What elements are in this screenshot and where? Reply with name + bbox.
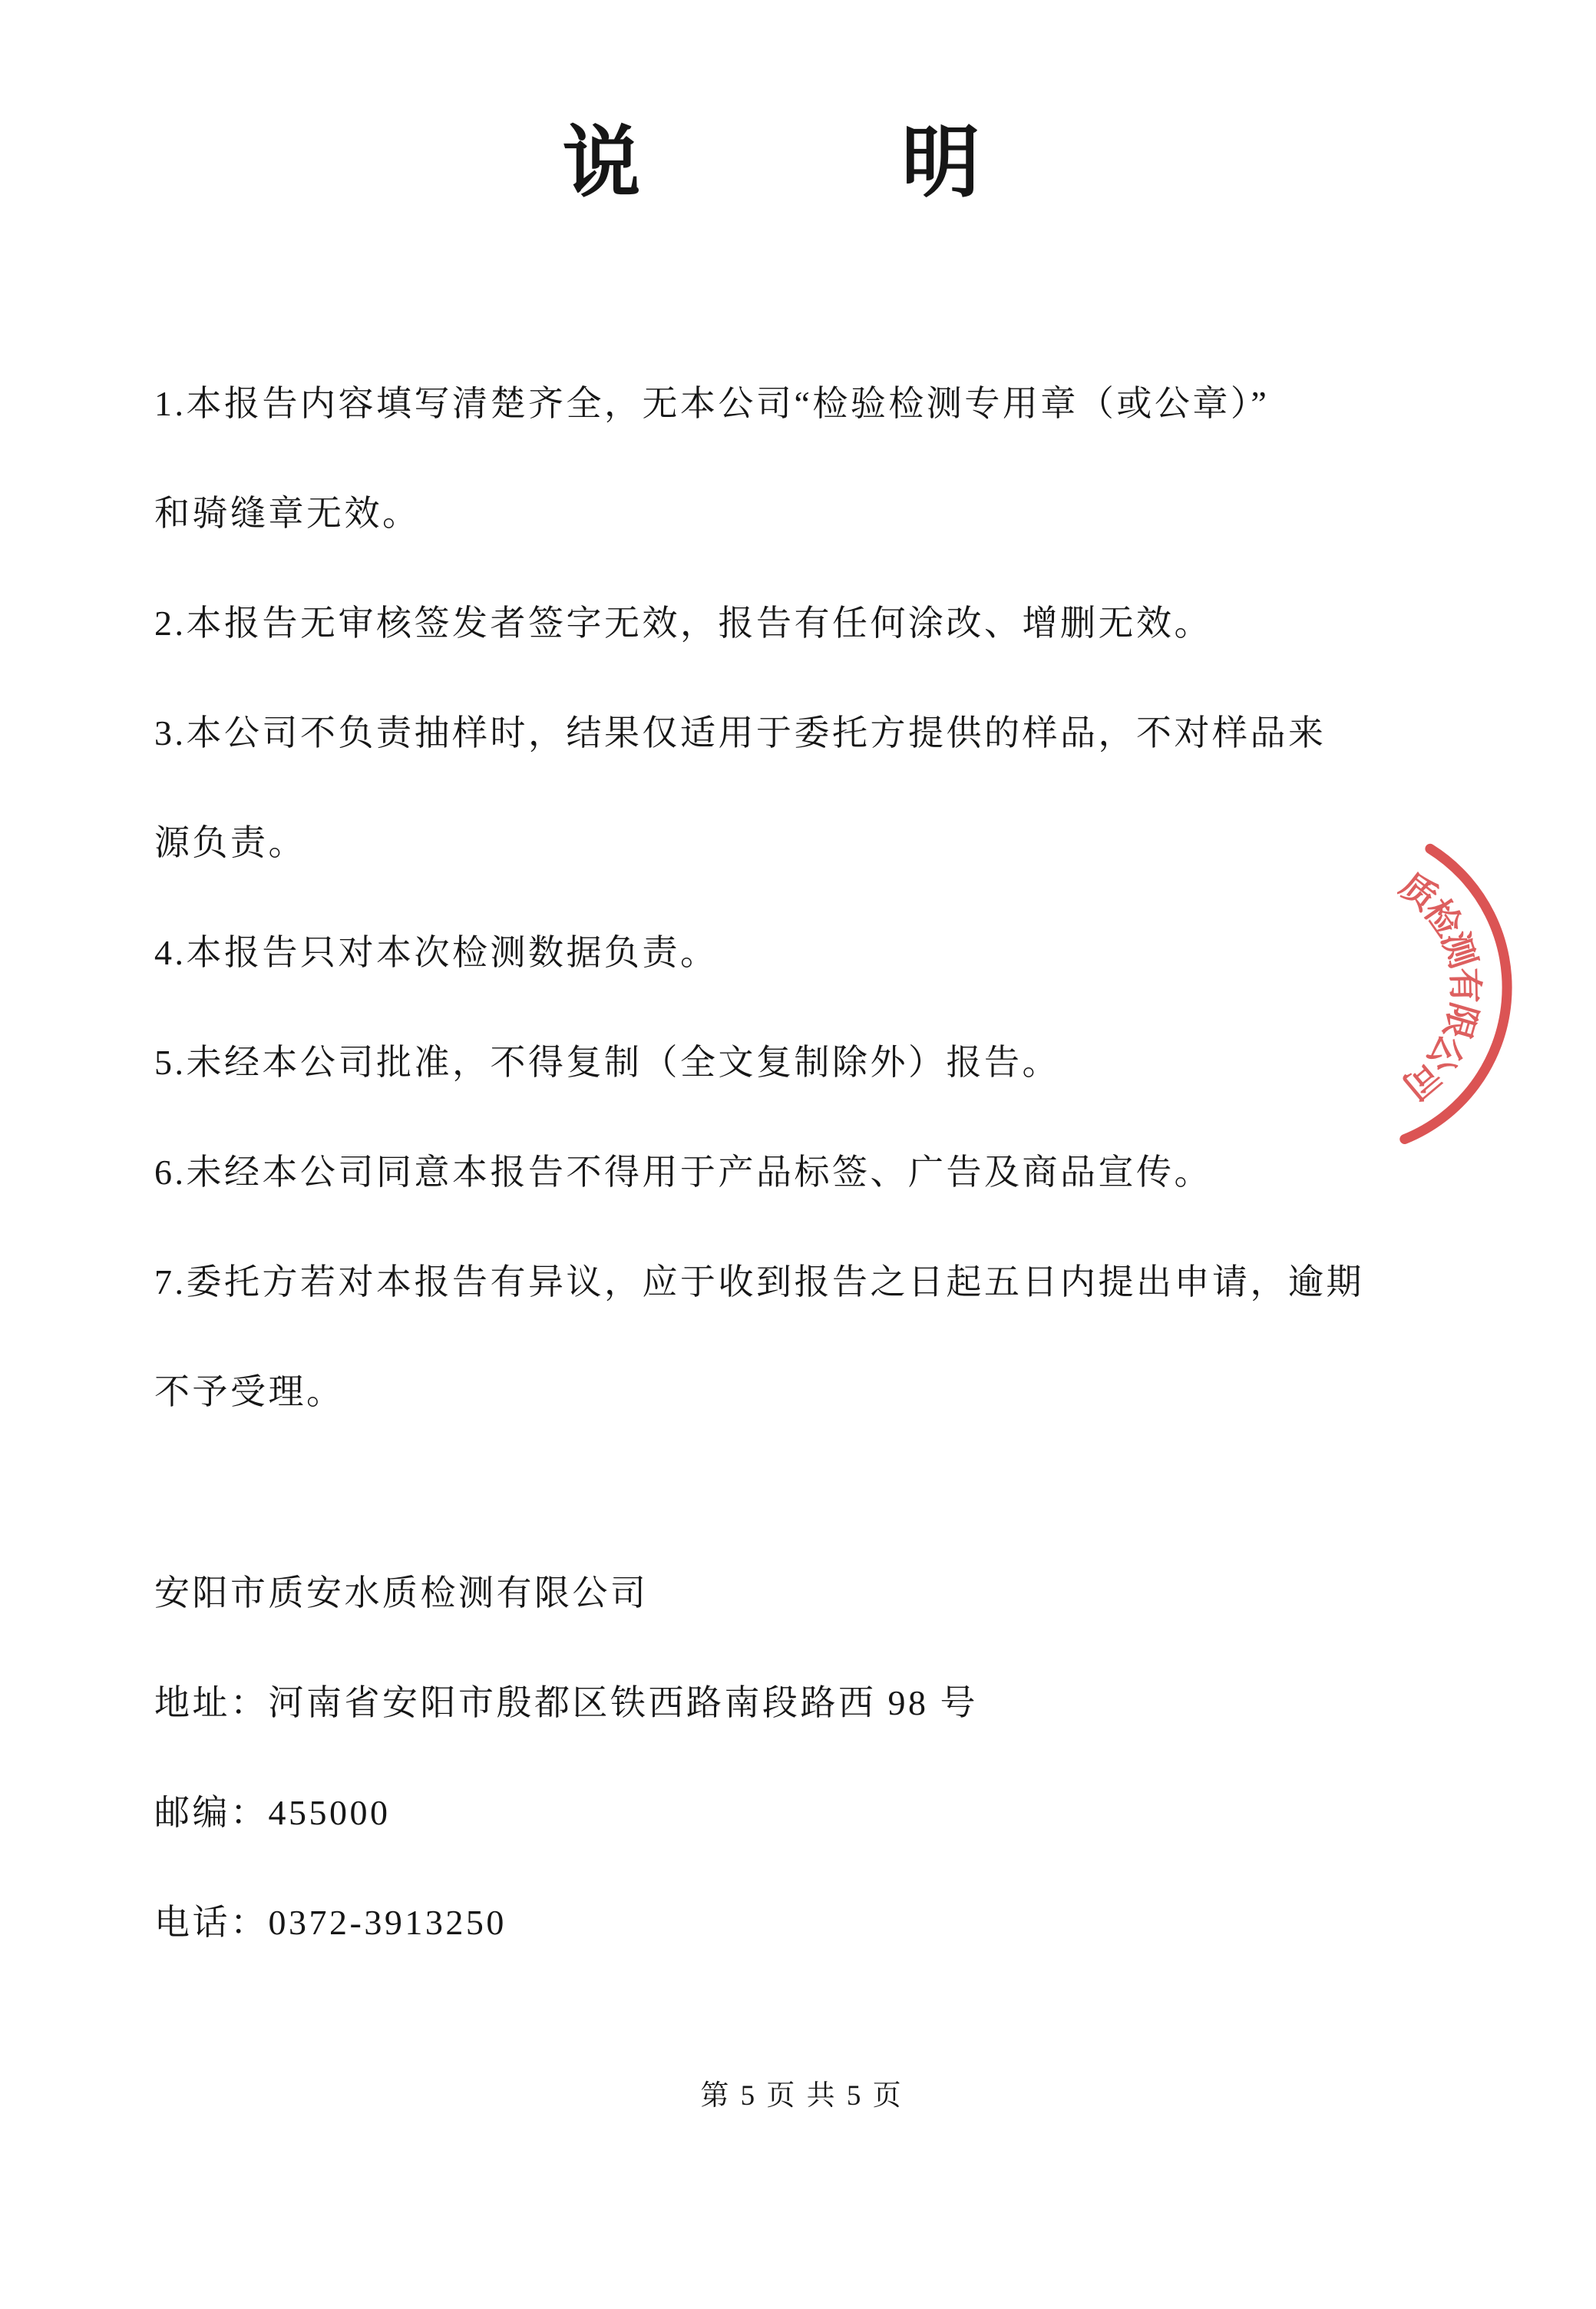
note-line: 3.本公司不负责抽样时，结果仅适用于委托方提供的样品，不对样品来 <box>154 712 1327 754</box>
note-line: 1.本报告内容填写清楚齐全，无本公司“检验检测专用章（或公章）” <box>154 382 1269 425</box>
note-line: 7.委托方若对本报告有异议，应于收到报告之日起五日内提出申请，逾期 <box>154 1261 1364 1303</box>
company-phone: 电话：0372-3913250 <box>154 1901 507 1943</box>
note-line: 2.本报告无审核签发者签字无效，报告有任何涂改、增删无效。 <box>154 602 1212 644</box>
company-address: 地址：河南省安阳市殷都区铁西路南段路西 98 号 <box>154 1682 978 1724</box>
red-seal: 质 检 测 有 限 公 司 <box>1397 829 1596 1152</box>
report-notes-page: 说 明 1.本报告内容填写清楚齐全，无本公司“检验检测专用章（或公章）” 和骑缝… <box>0 0 1596 2309</box>
note-line: 源负责。 <box>154 822 306 864</box>
note-line: 6.未经本公司同意本报告不得用于产品标签、广告及商品宣传。 <box>154 1151 1212 1193</box>
note-line: 4.本报告只对本次检测数据负责。 <box>154 931 719 974</box>
page-title-char-left: 说 <box>563 121 641 207</box>
note-line: 和骑缝章无效。 <box>154 492 421 534</box>
company-postcode: 邮编：455000 <box>154 1791 391 1834</box>
note-line: 不予受理。 <box>154 1371 345 1413</box>
page-title-char-right: 明 <box>902 121 980 207</box>
page-title: 说 明 <box>0 121 1569 207</box>
seal-char: 有 <box>1445 968 1485 1004</box>
note-line: 5.未经本公司批准，不得复制（全文复制除外）报告。 <box>154 1041 1060 1083</box>
company-name: 安阳市质安水质检测有限公司 <box>154 1572 649 1614</box>
page-number-footer: 第 5 页 共 5 页 <box>4 2072 1596 2113</box>
